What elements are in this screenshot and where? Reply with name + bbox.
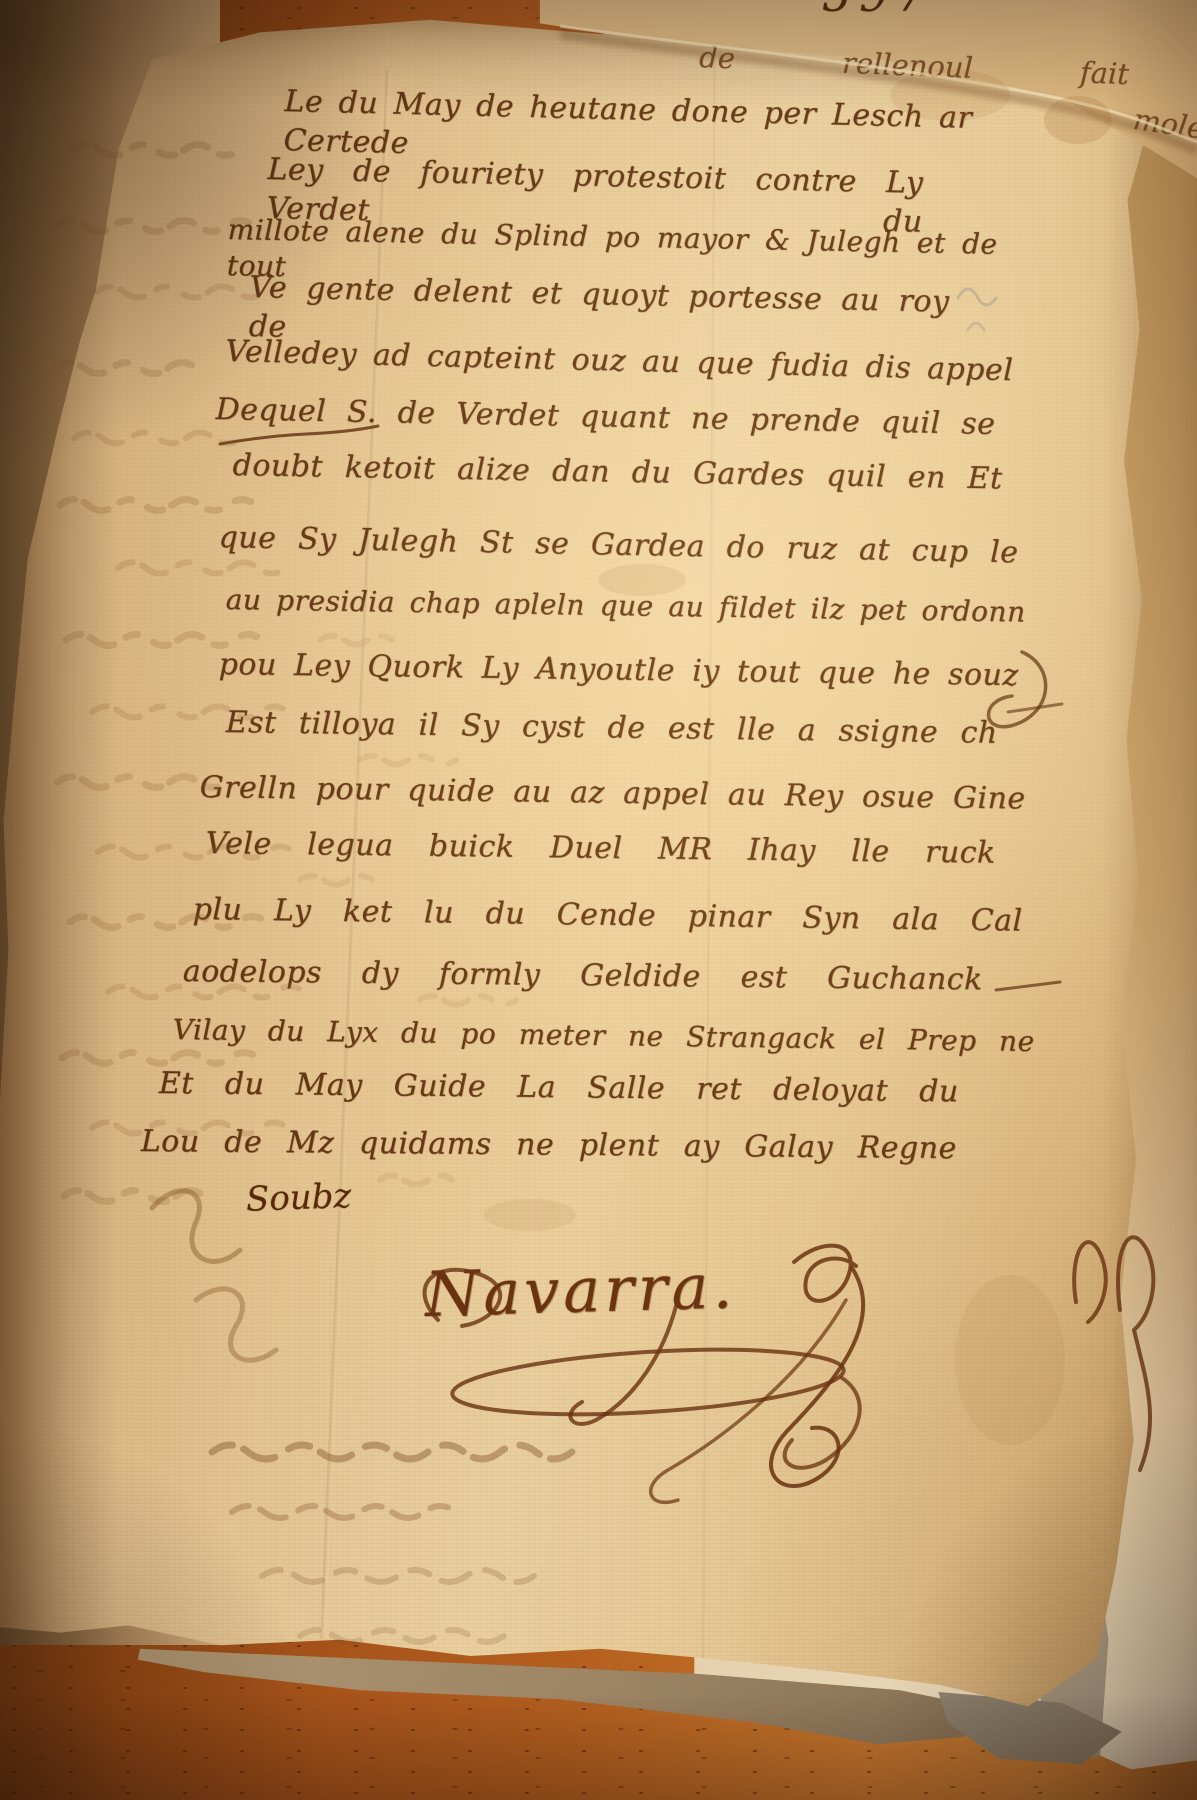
manuscript-line-11: Est tilloya il Sy cyst de est lle a ssig… (225, 703, 997, 753)
cut-text-fragment: mole (1131, 102, 1197, 146)
signature: Navarra. (424, 1249, 737, 1331)
manuscript-line-08: que Sy Julegh St se Gardea do ruz at cup… (218, 518, 1019, 572)
manuscript-line-13: Vele legua buick Duel MR Ihay lle ruck (206, 824, 996, 873)
manuscript-line-15: aodelops dy formly Geldide est Guchanck (183, 952, 983, 999)
manuscript-line-14: plu Ly ket lu du Cende pinar Syn ala Cal (192, 890, 1022, 941)
manuscript-line-12: Grelln pour quide au az appel au Rey osu… (199, 768, 1025, 819)
handwritten-text-layer: 597 de rellenoul fait mole Le du May de … (0, 0, 1197, 1800)
closing-word: Soubz (245, 1176, 352, 1220)
manuscript-line-10: pou Ley Quork Ly Anyoutle iy tout que he… (218, 645, 1018, 695)
manuscript-line-06: Dequel S. de Verdet quant ne prende quil… (215, 390, 996, 444)
manuscript-line-17: Et du May Guide La Salle ret deloyat du (159, 1064, 959, 1111)
manuscript-photo: 597 de rellenoul fait mole Le du May de … (0, 0, 1197, 1800)
manuscript-line-07: doubt ketoit alize dan du Gardes quil en… (232, 446, 1003, 498)
cut-text-fragment: de rellenoul fait (699, 40, 1130, 91)
page-number: 597 (822, 0, 934, 22)
manuscript-line-09: au presidia chap apleln que au fildet il… (225, 582, 1025, 631)
manuscript-line-16: Vilay du Lyx du po meter ne Strangack el… (172, 1012, 1034, 1060)
manuscript-line-18: Lou de Mz quidams ne plent ay Galay Regn… (141, 1122, 957, 1168)
